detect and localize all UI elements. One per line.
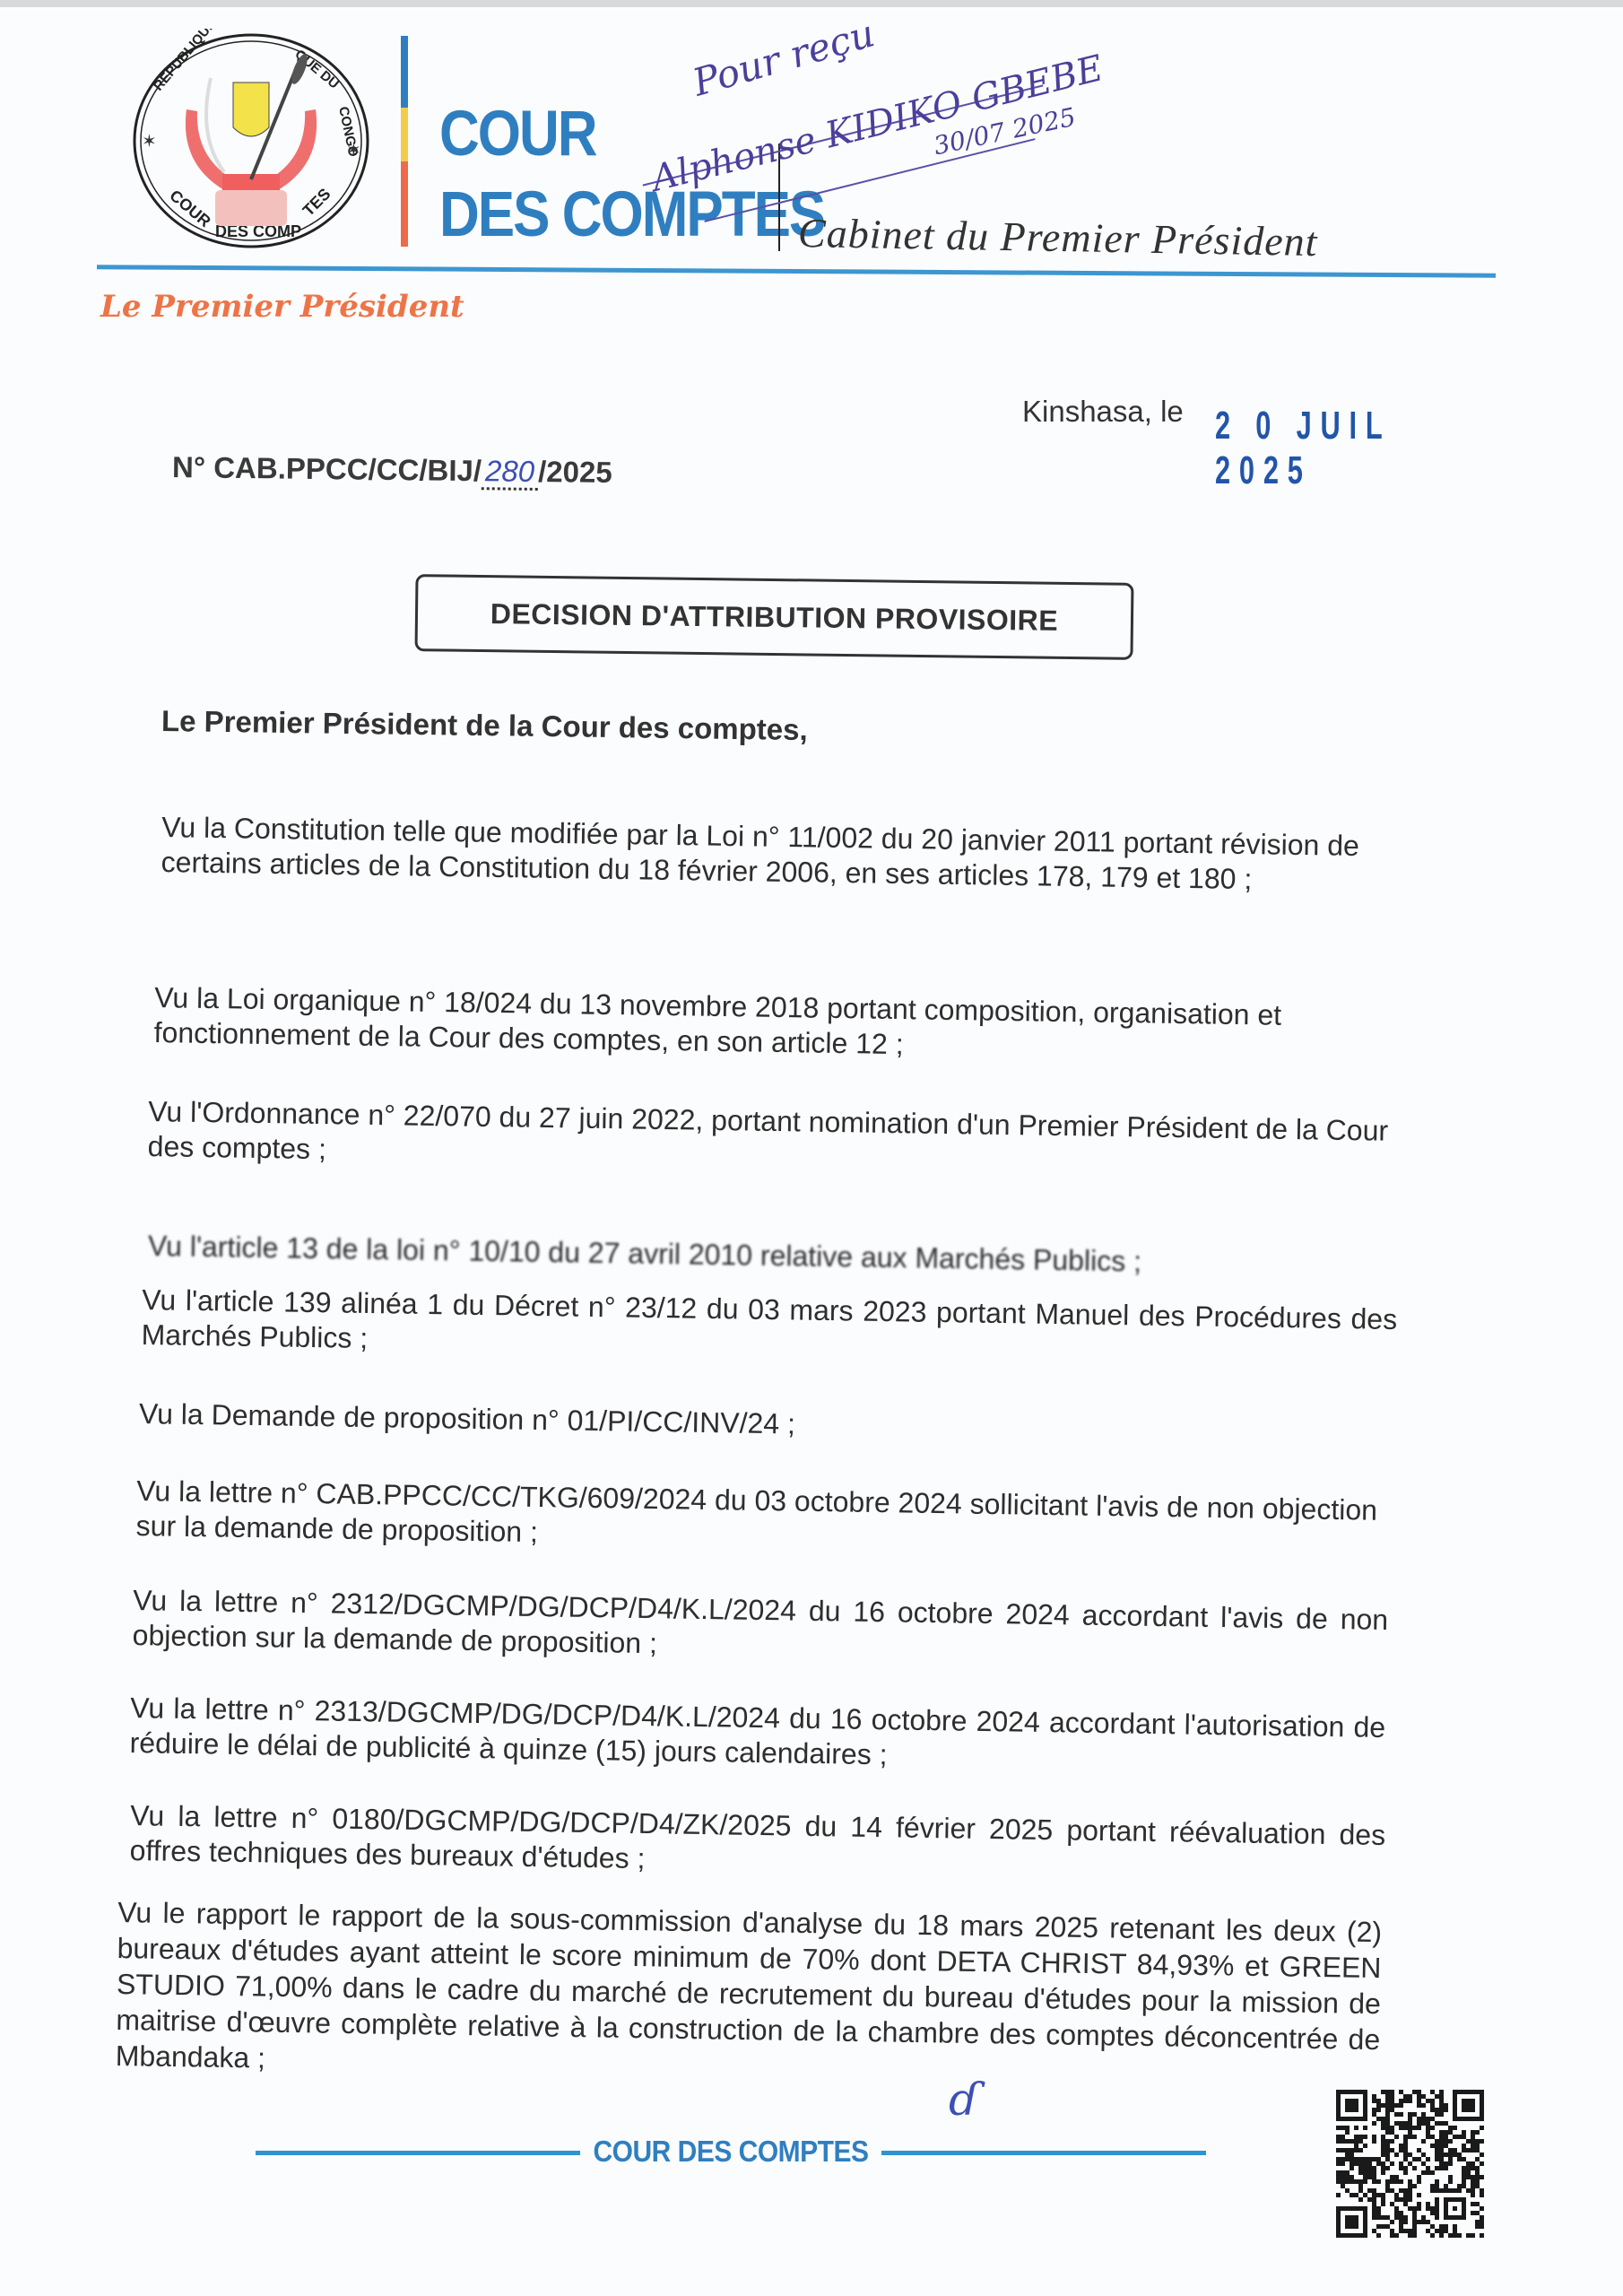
date-stamp: 2 0 JUIL 2025: [1215, 404, 1501, 493]
scan-top-edge: [0, 0, 1623, 7]
footer-text: COUR DES COMPTES: [580, 2135, 881, 2170]
svg-text:TES: TES: [299, 185, 334, 220]
consideration-8: Vu la lettre n° 2312/DGCMP/DG/DCP/D4/K.L…: [132, 1583, 1388, 1673]
consideration-4: Vu l'article 13 de la loi n° 10/10 du 27…: [148, 1229, 1403, 1283]
consideration-11: Vu le rapport le rapport de la sous-comm…: [115, 1894, 1382, 2093]
reference-suffix: /2025: [538, 455, 612, 489]
flag-color-bar: [401, 36, 408, 247]
reference-handwritten-number: 280: [482, 454, 539, 491]
handwritten-initials: ɗ: [949, 2074, 979, 2126]
consideration-7: Vu la lettre n° CAB.PPCC/CC/TKG/609/2024…: [135, 1474, 1392, 1563]
footer: COUR DES COMPTES: [256, 2135, 1206, 2170]
reference-prefix: N° CAB.PPCC/CC/BIJ/: [172, 450, 482, 487]
svg-text:✶: ✶: [142, 132, 157, 152]
footer-rule-right: [881, 2151, 1206, 2155]
consideration-9: Vu la lettre n° 2313/DGCMP/DG/DCP/D4/K.L…: [129, 1691, 1385, 1780]
consideration-10: Vu la lettre n° 0180/DGCMP/DG/DCP/D4/ZK/…: [129, 1798, 1385, 1888]
consideration-5: Vu l'article 139 alinéa 1 du Décret n° 2…: [141, 1283, 1397, 1372]
cabinet-label: Cabinet du Premier Président: [798, 209, 1318, 265]
reference-number: N° CAB.PPCC/CC/BIJ/280/2025: [172, 450, 612, 490]
intro-line: Le Premier Président de la Cour des comp…: [161, 704, 808, 747]
consideration-6: Vu la Demande de proposition n° 01/PI/CC…: [139, 1396, 1394, 1451]
consideration-2: Vu la Loi organique n° 18/024 du 13 nove…: [153, 980, 1410, 1070]
qr-code-icon: [1336, 2090, 1484, 2238]
premier-president-subtitle: Le Premier Président: [100, 289, 464, 325]
consideration-1: Vu la Constitution telle que modifiée pa…: [161, 810, 1417, 900]
footer-rule-left: [256, 2151, 580, 2155]
header-rule: [97, 265, 1496, 278]
place-label: Kinshasa, le: [1022, 395, 1184, 429]
decision-title: DECISION D'ATTRIBUTION PROVISOIRE: [490, 597, 1059, 638]
institution-name: COUR DES COMPTES: [439, 103, 824, 248]
svg-text:✶: ✶: [346, 141, 361, 161]
consideration-3: Vu l'Ordonnance n° 22/070 du 27 juin 202…: [147, 1094, 1403, 1184]
brand-line-2: DES COMPTES: [439, 183, 824, 247]
coat-of-arms-seal-icon: REPUBLIQUE QUE DU CONGO COUR DES COMP TE…: [126, 29, 377, 253]
decision-title-box: DECISION D'ATTRIBUTION PROVISOIRE: [415, 574, 1134, 660]
handwritten-receipt-line1: Pour reçu: [688, 11, 879, 104]
